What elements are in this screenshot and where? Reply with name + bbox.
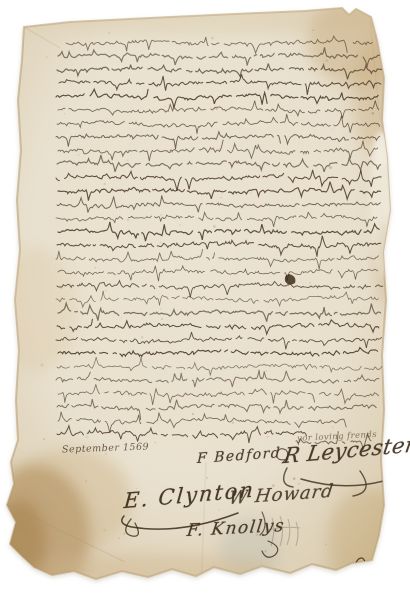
aged-paper-sheet [0, 0, 410, 603]
manuscript-photo: September 1569 yor loving frends F Bedfo… [0, 0, 410, 603]
